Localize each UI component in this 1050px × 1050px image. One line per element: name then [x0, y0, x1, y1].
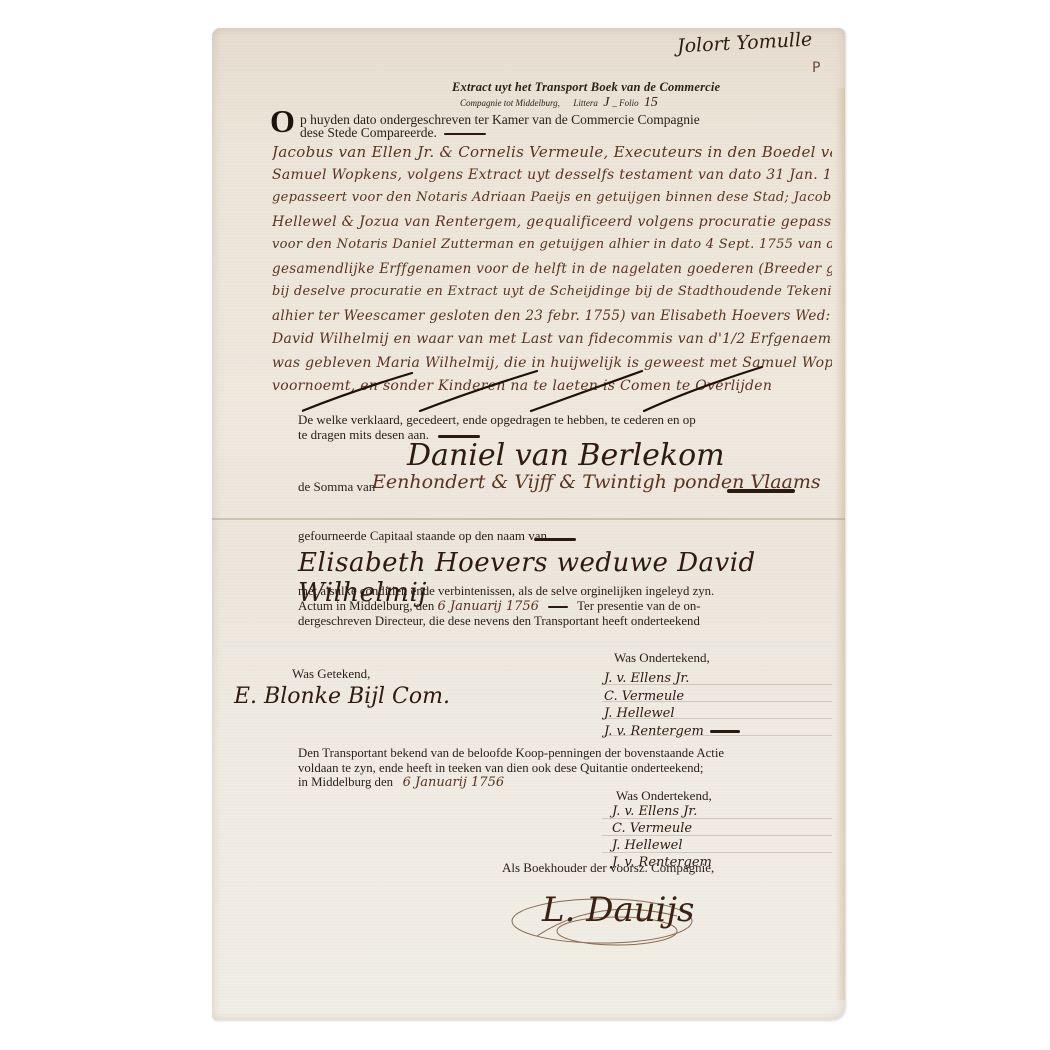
sum-label: de Somma van	[298, 479, 375, 495]
filler-strokes	[302, 363, 772, 413]
signature-list-1: J. v. Ellens Jr. C. Vermeule J. Hellewel…	[604, 670, 740, 740]
handwritten-line: David Wilhelmij en waar van met Last van…	[272, 331, 832, 355]
receipt-line-2: voldaan te zyn, ende heeft in teeken van…	[298, 761, 838, 776]
handwritten-line: alhier ter Weescamer gesloten den 23 feb…	[272, 308, 832, 332]
drop-cap: O	[270, 106, 295, 136]
corner-mark: P	[812, 60, 820, 76]
handwritten-line: Samuel Wopkens, volgens Extract uyt dess…	[272, 167, 832, 191]
receipt-paragraph: Den Transportant bekend van de beloofde …	[298, 746, 838, 791]
was-ondertekend-label-2: Was Ondertekend,	[616, 788, 712, 804]
presentie-text: Ter presentie van de on-	[577, 599, 700, 613]
littera-value: J	[603, 95, 609, 110]
handwritten-line: Hellewel & Jozua van Rentergem, gequalif…	[272, 214, 832, 238]
conditions-line-2: Actum in Middelburg, den 6 Januarij 1756…	[298, 599, 838, 615]
receipt-line-1: Den Transportant bekend van de beloofde …	[298, 746, 838, 761]
conditions-line-1: met alsulke condítien ende verbintenisse…	[298, 584, 838, 599]
signature: C. Vermeule	[612, 820, 712, 837]
document-subtitle: Compagnie tot Middelburg, Littera J_ Fol…	[460, 95, 661, 111]
fill-rule	[710, 730, 740, 733]
signature: J. Hellewel	[612, 837, 712, 854]
handwritten-line: voor den Notaris Daniel Zutterman en get…	[272, 237, 832, 261]
corner-annotation: Jolort Yomulle	[677, 28, 813, 57]
littera-label: Littera	[573, 98, 598, 108]
bookkeeper-label: Als Boekhouder der voorsz. Compagnie,	[502, 860, 714, 876]
document-title: Extract uyt het Transport Boek van de Co…	[452, 80, 720, 95]
recipient-name: Daniel van Berlekom	[407, 438, 725, 473]
transfer-clause-line-1: De welke verklaard, gecedeert, ende opge…	[298, 412, 828, 427]
signature: J. v. Rentergem	[604, 723, 740, 741]
document-page: Jolort Yomulle P Extract uyt het Transpo…	[212, 28, 845, 1020]
handwritten-line: gesamendlijke Erffgenamen voor de helft …	[272, 261, 832, 285]
handwritten-line: bij deselve procuratie en Extract uyt de…	[272, 284, 832, 308]
folio-label: Folio	[619, 98, 639, 108]
signature: J. v. Ellens Jr.	[612, 803, 712, 820]
signature: C. Vermeule	[604, 688, 740, 706]
folio-value: 15	[644, 95, 658, 110]
was-ondertekend-label-1: Was Ondertekend,	[614, 650, 710, 666]
actum-text: Actum in Middelburg, den	[298, 599, 434, 613]
fill-rule	[727, 489, 795, 493]
fill-rule	[534, 538, 576, 541]
fill-rule	[444, 133, 486, 135]
signature: J. v. Ellens Jr.	[604, 670, 740, 688]
signature-blonke: E. Blonke Bijl Com.	[234, 684, 450, 709]
bookkeeper-signature: L. Dauijs	[542, 890, 695, 930]
receipt-date: 6 Januarij 1756	[403, 775, 504, 790]
conditions-paragraph: met alsulke condítien ende verbintenisse…	[298, 584, 838, 629]
handwritten-line: Jacobus van Ellen Jr. & Cornelis Vermeul…	[272, 143, 832, 167]
handwritten-line: gepasseert voor den Notaris Adriaan Paei…	[272, 190, 832, 214]
receipt-line-3: in Middelburg den 6 Januarij 1756	[298, 775, 838, 791]
signature: J. Hellewel	[604, 705, 740, 723]
paper-fold-line	[212, 518, 845, 520]
paper-edge-shading	[835, 88, 845, 1000]
conditions-line-3: dergeschreven Directeur, die dese nevens…	[298, 614, 838, 629]
receipt-place: in Middelburg den	[298, 775, 393, 789]
capital-label: gefourneerde Capitaal staande op den naa…	[298, 528, 550, 544]
subtitle-company: Compagnie tot Middelburg,	[460, 98, 560, 108]
was-getekend-label: Was Getekend,	[292, 666, 370, 682]
signature-text: J. v. Rentergem	[604, 724, 704, 739]
intro-line-2-text: dese Stede Compareerde.	[300, 125, 437, 140]
actum-date: 6 Januarij 1756	[437, 599, 538, 614]
intro-line-2: dese Stede Compareerde.	[300, 125, 486, 141]
fill-rule	[548, 606, 568, 608]
